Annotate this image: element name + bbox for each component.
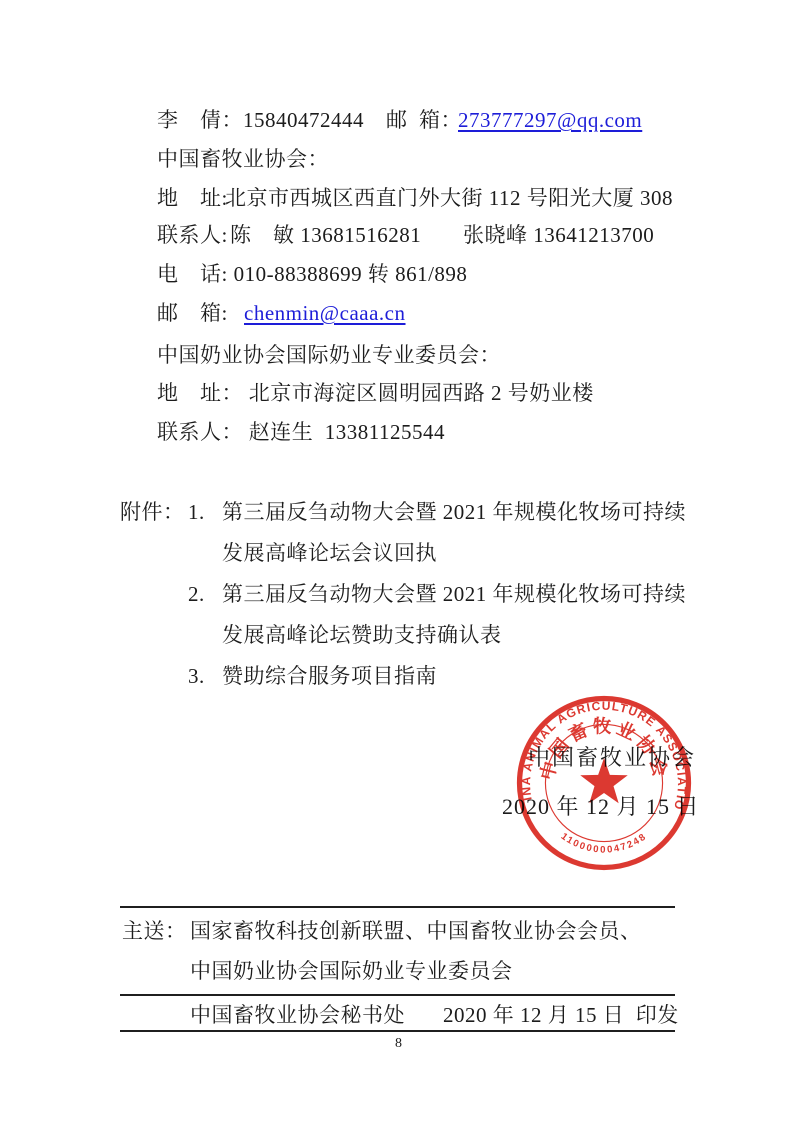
contact-name-phone: 李 倩：15840472444 xyxy=(157,107,364,133)
dairy-contact: 联系人： 赵连生 13381125544 xyxy=(157,419,445,445)
attachment-3-text: 赞助综合服务项目指南 xyxy=(222,663,437,689)
dairy-title: 中国奶业协会国际奶业专业委员会： xyxy=(157,342,501,368)
seal-serial-arc: 1100000047248 xyxy=(559,831,649,856)
footer-issue-date: 2020 年 12 月 15 日 印发 xyxy=(443,1002,679,1028)
signature-org: 中国畜牧业协会 xyxy=(528,745,696,771)
signature-date-line: 2020 年 12 月 15 日 xyxy=(0,794,26,872)
seal-svg: CHINA ANIMAL AGRICULTURE ASSOCIATION 中国畜… xyxy=(508,687,700,879)
seal-inner-ring xyxy=(545,724,662,841)
attachment-1-text: 第三届反刍动物大会暨 2021 年规模化牧场可持续 xyxy=(222,499,686,525)
signature-date: 2020 年 12 月 15 日 xyxy=(502,794,700,820)
caaa-contact-1: 陈 敏 13681516281 xyxy=(230,222,421,248)
footer-rule-bottom xyxy=(120,1030,675,1032)
caaa-contacts-label: 联系人: xyxy=(157,222,234,248)
caaa-phone: 电 话: 010-88388699 转 861/898 xyxy=(157,261,467,287)
email-link-caaa[interactable]: chenmin@caaa.cn xyxy=(244,300,406,326)
caaa-contact-2: 张晓峰 13641213700 xyxy=(463,222,654,248)
document-page: 李 倩：15840472444 邮 箱： 273777297@qq.com 中国… xyxy=(0,0,800,1131)
attachments-label: 附件： xyxy=(120,499,185,525)
dairy-contact-line: 联系人： 赵连生 13381125544 xyxy=(0,419,23,497)
official-seal: CHINA ANIMAL AGRICULTURE ASSOCIATION 中国畜… xyxy=(508,687,700,879)
email-link-qq[interactable]: 273777297@qq.com xyxy=(458,107,642,133)
caaa-address: 北京市西城区西直门外大街 112 号阳光大厦 308 xyxy=(225,185,673,211)
footer-issuer: 中国畜牧业协会秘书处 xyxy=(190,1002,405,1028)
footer-cc-text1: 国家畜牧科技创新联盟、中国畜牧业协会会员、 xyxy=(190,918,642,944)
seal-outer-ring xyxy=(520,699,689,868)
attachment-1-number: 1. xyxy=(188,499,205,525)
page-number: 8 xyxy=(395,1036,402,1052)
attachment-3-number: 3. xyxy=(188,663,205,689)
dairy-address: 地 址： 北京市海淀区圆明园西路 2 号奶业楼 xyxy=(157,380,594,406)
caaa-address-label: 地 址: xyxy=(157,185,228,211)
caaa-title: 中国畜牧业协会： xyxy=(157,146,329,172)
caaa-email-label: 邮 箱: xyxy=(157,300,234,326)
footer-rule-middle xyxy=(120,994,675,996)
attachment-2-text-cont: 发展高峰论坛赞助支持确认表 xyxy=(222,622,502,648)
attachment-2-text: 第三届反刍动物大会暨 2021 年规模化牧场可持续 xyxy=(222,581,686,607)
attachment-1-text-cont: 发展高峰论坛会议回执 xyxy=(222,540,437,566)
footer-cc-label: 主送： xyxy=(122,918,187,944)
footer-rule-top xyxy=(120,906,675,908)
footer-cc-text2: 中国奶业协会国际奶业专业委员会 xyxy=(190,958,513,984)
attachment-2-number: 2. xyxy=(188,581,205,607)
footer-issue-line: 中国畜牧业协会秘书处 2020 年 12 月 15 日 印发 xyxy=(0,1002,23,1106)
email-label: 邮 箱： xyxy=(386,107,462,133)
